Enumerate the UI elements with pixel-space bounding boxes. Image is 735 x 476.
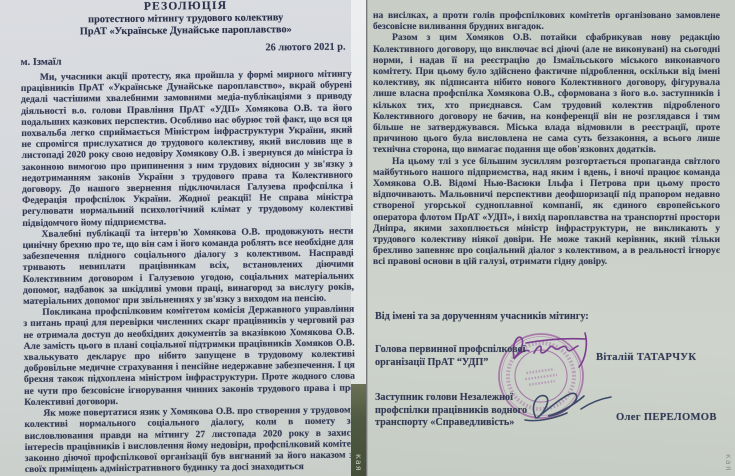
signatory-name-2: Олег ПЕРЕЛОМОВ	[616, 412, 717, 423]
page2-photo: на висілках, а проти голів профспілкових…	[367, 0, 735, 476]
page2-paragraph-1: на висілках, а проти голів профспілкових…	[373, 10, 720, 32]
page1-paragraph-2: Хвалебні публікації та інтерв'ю Хомякова…	[22, 225, 354, 307]
page1-paragraph-1: Ми, учасники акції протесту, яка пройшла…	[21, 69, 354, 229]
page1-body: Ми, учасники акції протесту, яка пройшла…	[21, 69, 356, 476]
page2-paragraph-3: На цьому тлі з усе більшим зусиллям розг…	[373, 156, 720, 268]
page2-body: на висілках, а проти голів профспілкових…	[373, 10, 720, 268]
signatory-name-1: Віталій ТАТАРЧУК	[596, 352, 696, 363]
page1-photo: РЕЗОЛЮЦІЯ протестного мітингу трудового …	[0, 0, 366, 476]
page1-content: РЕЗОЛЮЦІЯ протестного мітингу трудового …	[20, 0, 356, 475]
page1-paragraph-3: Покликана профспілковим комітетом комісі…	[23, 304, 355, 408]
signatory-role-2: Заступник голови Незалежної профспілки п…	[375, 392, 567, 430]
document-subtitle-2: ПрАТ «Українське Дунайське пароплавство»	[20, 24, 351, 38]
photo-watermark-left: кая	[354, 454, 363, 472]
photo-watermark-right: кая	[724, 454, 733, 472]
page1-paragraph-4: Як може повертатися язик у Хомякова О.В.…	[24, 405, 356, 476]
signatory-role-1: Голова первинної профспілкової організац…	[375, 344, 555, 369]
page2-paragraph-2: Разом з цим Хомяков О.В. потайки сфабрик…	[373, 32, 720, 155]
document-photo-pair: РЕЗОЛЮЦІЯ протестного мітингу трудового …	[0, 0, 735, 476]
closing-line: Від імені та за дорученням учасників міт…	[375, 311, 589, 322]
document-city: м. Ізмаїл	[21, 54, 352, 68]
